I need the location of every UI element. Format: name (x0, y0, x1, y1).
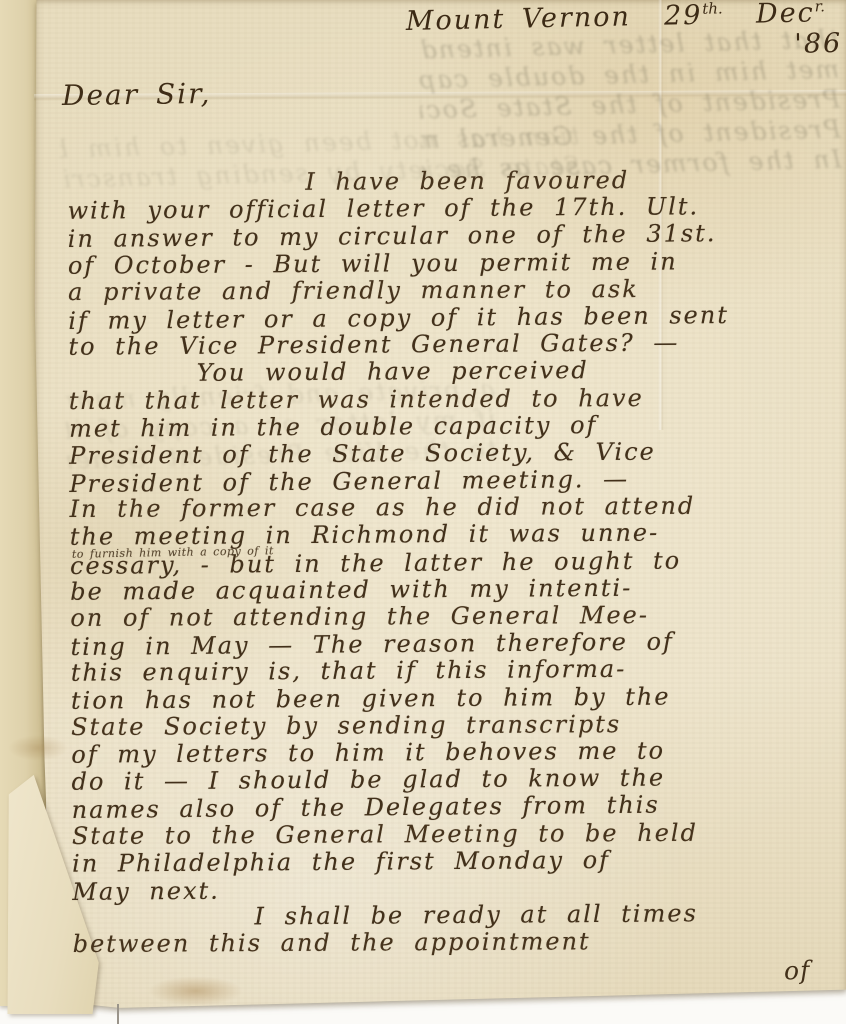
dateline-place: Mount Vernon (406, 1, 632, 37)
background-edge-line (117, 1004, 119, 1024)
handwriting-line: I have been favoured (67, 166, 839, 197)
interlined-insertion: to furnish him with a copy of it (72, 537, 274, 568)
dateline-month: Dec (756, 0, 815, 30)
letter-body: I have been favoured with your official … (67, 165, 844, 959)
dateline-day: 29 (664, 0, 703, 32)
dateline-year: '86 (794, 28, 842, 60)
handwriting-line: In the former case as he did not attend (70, 492, 842, 523)
dateline-day-suffix: th. (702, 0, 723, 18)
handwriting-line: tion has not been given to him by the (71, 682, 843, 715)
letter-scan: that that letter was intended to have me… (0, 0, 846, 1024)
paper-stain (148, 976, 243, 1006)
letter-dateline: Mount Vernon 29th. Decr. '86 (351, 0, 842, 69)
letter-salutation: Dear Sir, (62, 77, 212, 112)
dateline-month-suffix: r. (814, 0, 825, 15)
catchword: of (784, 956, 811, 986)
handwriting-line: that that letter was intended to have (69, 383, 841, 414)
handwriting-line: State to the General Meeting to be held (72, 818, 844, 849)
handwriting-line: You would have perceived (69, 356, 841, 389)
handwriting-line: State Society by sending transcripts (71, 710, 843, 741)
paper-stain (8, 735, 68, 761)
handwriting-line: between this and the appointment (73, 927, 845, 958)
